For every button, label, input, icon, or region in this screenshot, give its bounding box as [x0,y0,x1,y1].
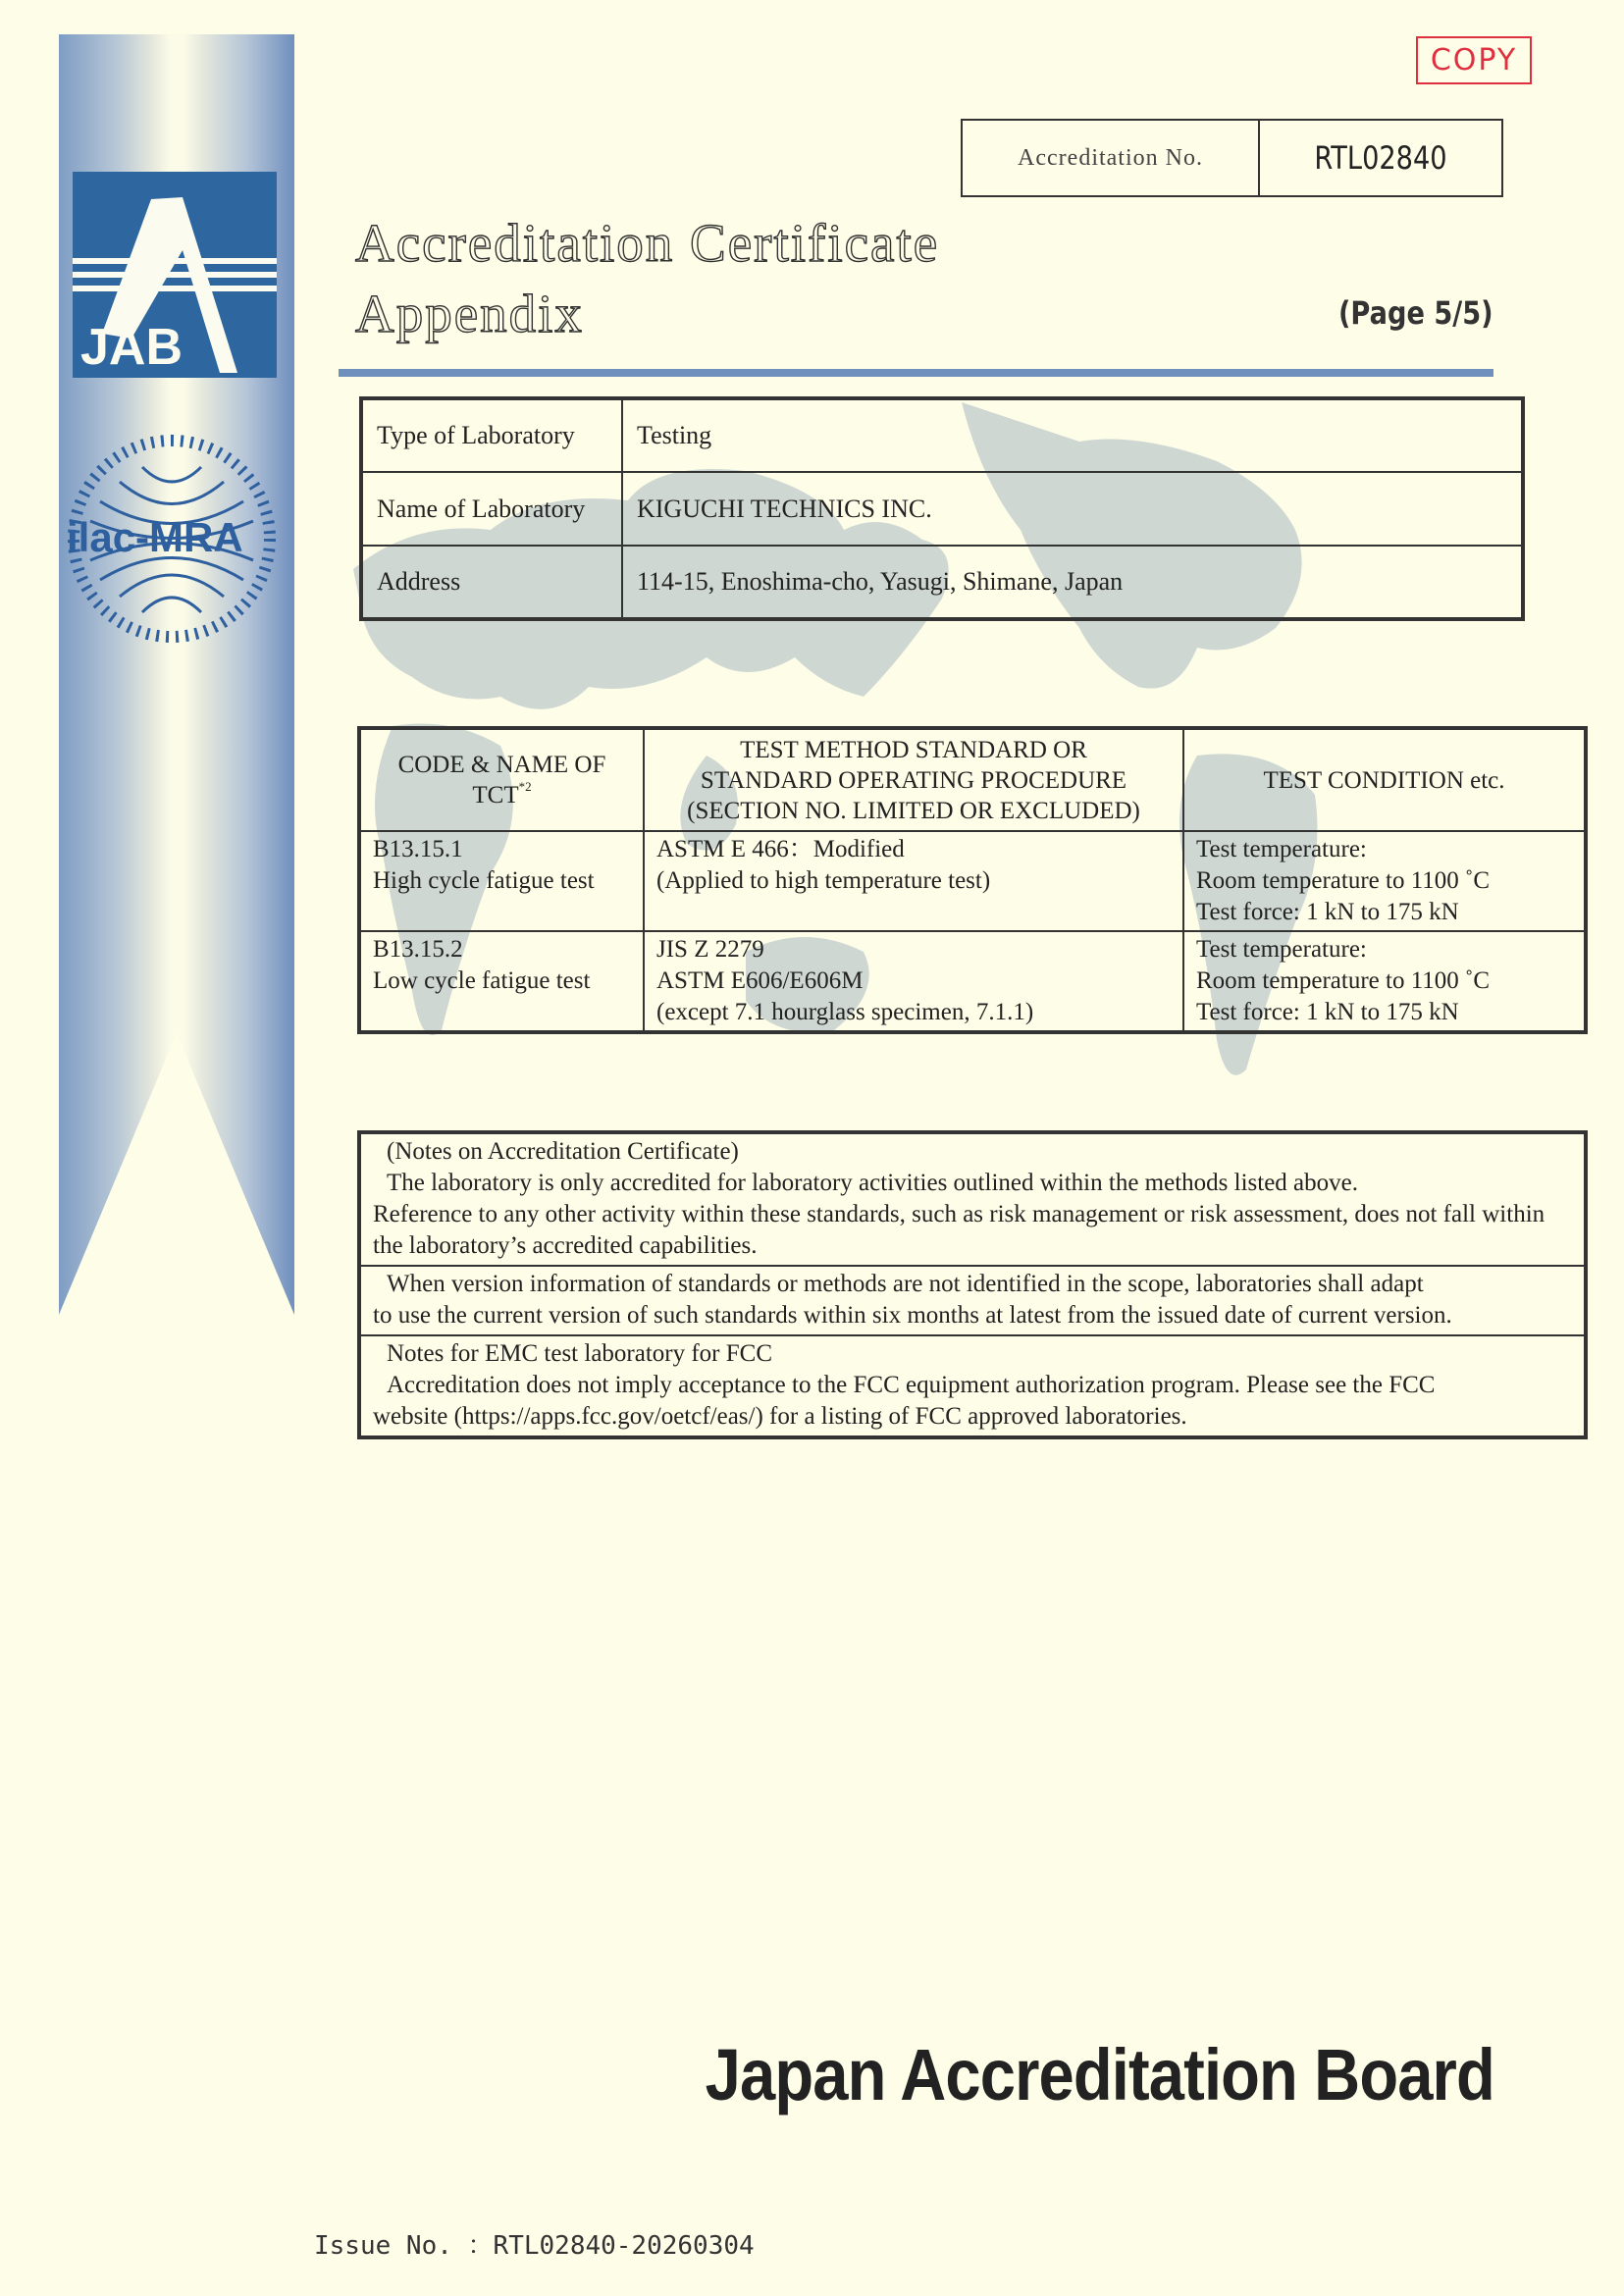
scope-header-row: CODE & NAME OF TCT*2 TEST METHOD STANDAR… [359,728,1586,831]
lab-type-value: Testing [622,398,1523,472]
table-row: B13.15.1 High cycle fatigue test ASTM E … [359,831,1586,931]
page-number: (Page 5/5) [1338,294,1493,332]
notes-box: (Notes on Accreditation Certificate) The… [357,1130,1588,1439]
note-version-information: When version information of standards or… [361,1265,1584,1334]
note-fcc: Notes for EMC test laboratory for FCC Ac… [361,1334,1584,1435]
issue-number: Issue No. ：RTL02840-20260304 [314,2225,755,2262]
accreditation-number-value: RTL02840 [1278,121,1483,195]
note-accreditation-scope: (Notes on Accreditation Certificate) The… [361,1134,1584,1265]
title-line-2: Appendix [355,279,939,349]
laboratory-info-table: Type of Laboratory Testing Name of Labor… [359,396,1525,621]
lab-type-label: Type of Laboratory [361,398,622,472]
ilac-mra-logo: ilac-MRA [61,428,283,650]
lab-address-value: 114-15, Enoshima-cho, Yasugi, Shimane, J… [622,546,1523,619]
header-test-condition: TEST CONDITION etc. [1183,728,1586,831]
jab-a-mark-icon: JAB [73,172,277,378]
lab-name-value: KIGUCHI TECHNICS INC. [622,472,1523,546]
test-method: ASTM E 466：Modified (Applied to high tem… [644,831,1183,931]
svg-text:JAB: JAB [80,319,183,376]
tct-code-name: B13.15.2 Low cycle fatigue test [359,931,644,1032]
ilac-mra-icon: ilac-MRA [61,428,283,650]
svg-text:ilac-MRA: ilac-MRA [67,514,243,560]
fcc-note-heading: Notes for EMC test laboratory for FCC [373,1338,1572,1370]
issue-number-label: Issue No. ： [314,2231,494,2261]
test-condition: Test temperature: Room temperature to 11… [1183,931,1586,1032]
title-divider [339,369,1493,377]
page-title: Accreditation Certificate Appendix [355,208,939,349]
jab-logo: JAB [73,172,277,378]
tct-code-name: B13.15.1 High cycle fatigue test [359,831,644,931]
copy-stamp: COPY [1416,36,1532,84]
table-row: B13.15.2 Low cycle fatigue test JIS Z 22… [359,931,1586,1032]
table-row: Type of Laboratory Testing [361,398,1523,472]
scope-table: CODE & NAME OF TCT*2 TEST METHOD STANDAR… [357,726,1588,1034]
issue-number-value: RTL02840-20260304 [494,2231,755,2261]
accreditation-number-label: Accreditation No. [963,121,1260,195]
table-row: Address 114-15, Enoshima-cho, Yasugi, Sh… [361,546,1523,619]
test-method: JIS Z 2279 ASTM E606/E606M (except 7.1 h… [644,931,1183,1032]
title-line-1: Accreditation Certificate [355,208,939,279]
accreditation-number-box: Accreditation No. RTL02840 [961,119,1503,197]
header-test-method: TEST METHOD STANDARD OR STANDARD OPERATI… [644,728,1183,831]
notes-heading: (Notes on Accreditation Certificate) [373,1136,1572,1168]
table-row: Name of Laboratory KIGUCHI TECHNICS INC. [361,472,1523,546]
board-name: Japan Accreditation Board [706,2033,1494,2116]
lab-name-label: Name of Laboratory [361,472,622,546]
test-condition: Test temperature: Room temperature to 11… [1183,831,1586,931]
header-code-name: CODE & NAME OF TCT*2 [359,728,644,831]
lab-address-label: Address [361,546,622,619]
